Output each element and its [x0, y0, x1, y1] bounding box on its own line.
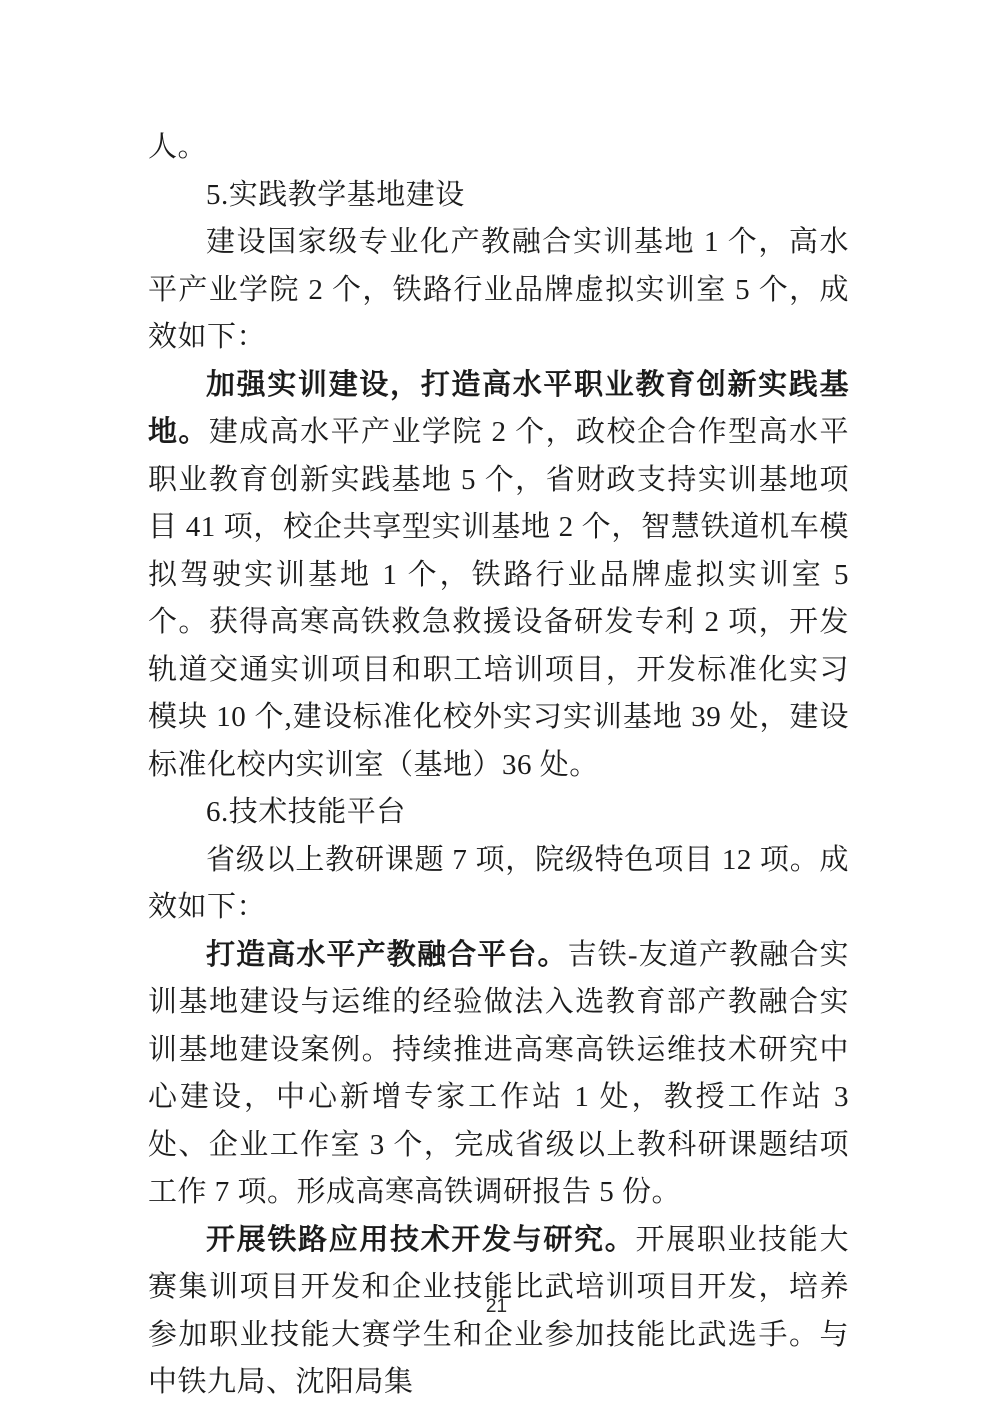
section-5-intro-paragraph: 建设国家级专业化产教融合实训基地 1 个，高水平产业学院 2 个，铁路行业品牌虚… [148, 219, 849, 362]
section-6-platform-paragraph-body: 吉铁-友道产教融合实训基地建设与运维的经验做法入选教育部产教融合实训基地建设案例… [148, 939, 849, 1209]
section-6-research-paragraph-lead: 开展铁路应用技术开发与研究。 [206, 1224, 635, 1256]
section-6-platform-paragraph-lead: 打造高水平产教融合平台。 [206, 939, 568, 971]
document-page: 人。 5.实践教学基地建设 建设国家级专业化产教融合实训基地 1 个，高水平产业… [0, 0, 993, 1404]
section-5-heading: 5.实践教学基地建设 [148, 172, 849, 220]
page-footer: 21 [0, 1296, 993, 1318]
page-number: 21 [486, 1296, 507, 1317]
section-6-platform-paragraph: 打造高水平产教融合平台。吉铁-友道产教融合实训基地建设与运维的经验做法入选教育部… [148, 932, 849, 1217]
section-6-intro-paragraph: 省级以上教研课题 7 项，院级特色项目 12 项。成效如下： [148, 837, 849, 932]
section-6-heading: 6.技术技能平台 [148, 789, 849, 837]
paragraph-continuation: 人。 [148, 124, 849, 172]
section-5-detail-paragraph: 加强实训建设，打造高水平职业教育创新实践基地。建成高水平产业学院 2 个，政校企… [148, 362, 849, 790]
section-5-paragraph-body: 建成高水平产业学院 2 个，政校企合作型高水平职业教育创新实践基地 5 个，省财… [148, 416, 849, 781]
page-content: 人。 5.实践教学基地建设 建设国家级专业化产教融合实训基地 1 个，高水平产业… [148, 124, 849, 1404]
